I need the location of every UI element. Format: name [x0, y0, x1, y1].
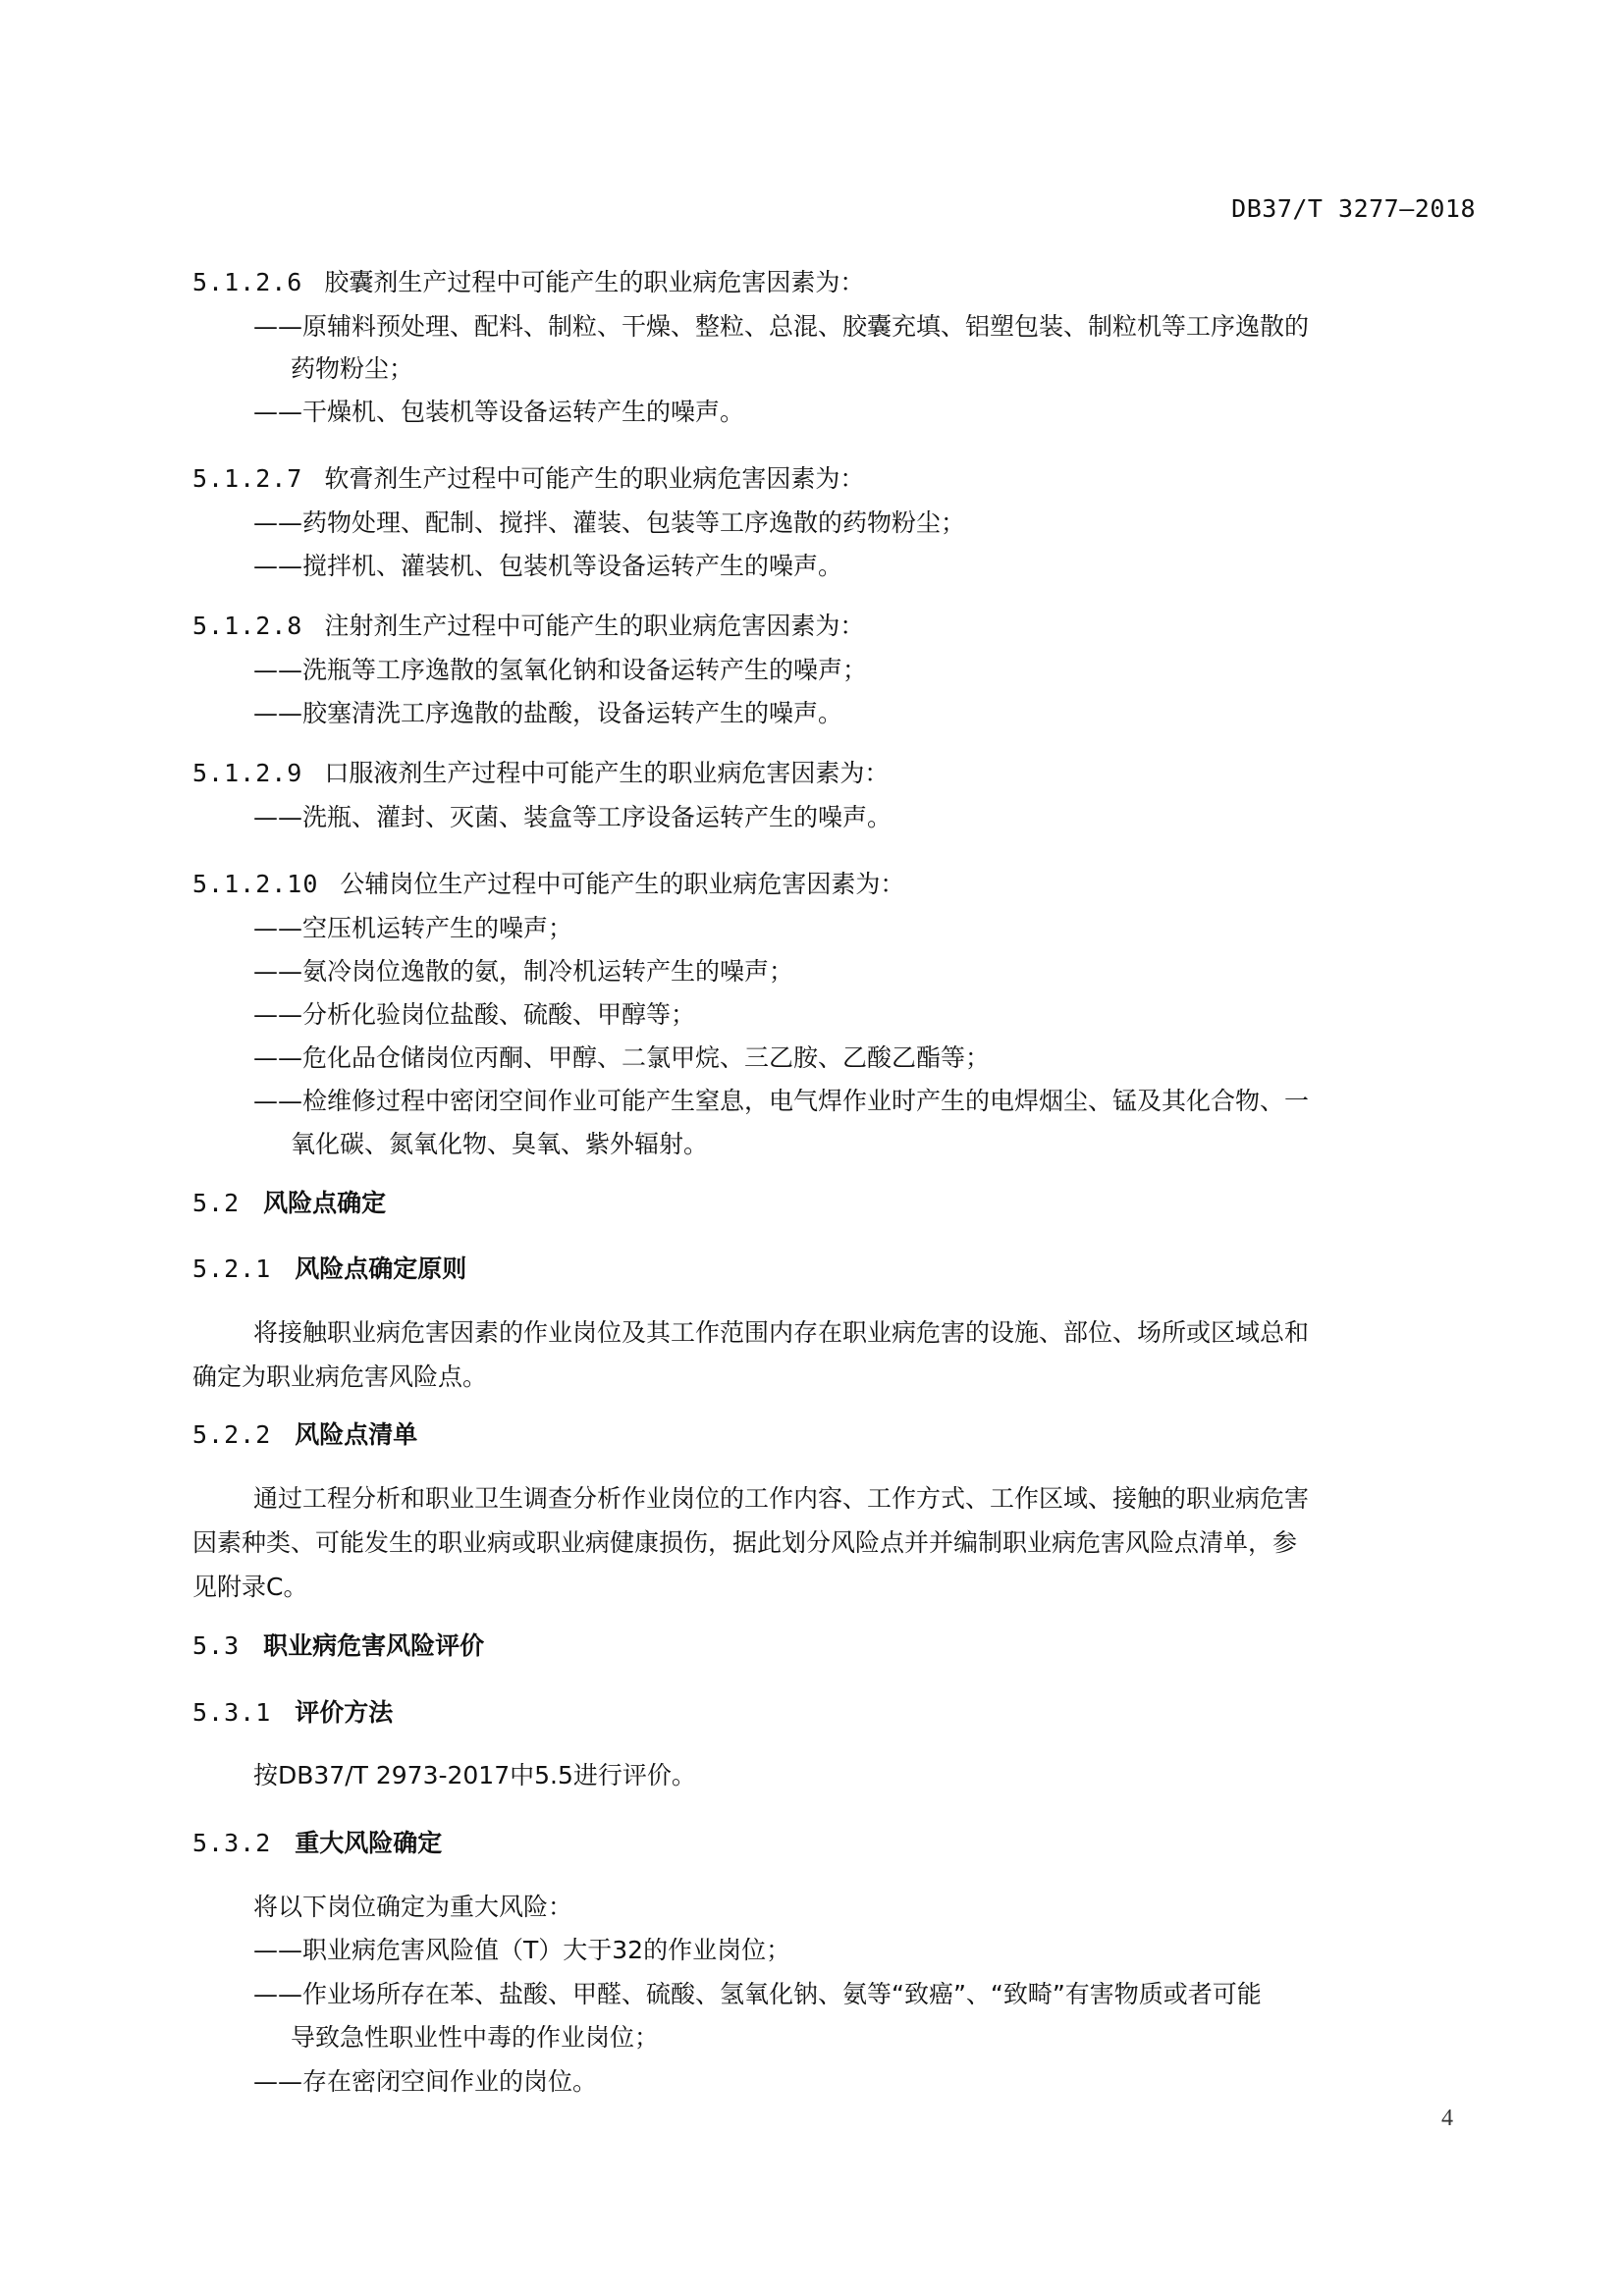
clause-title: 公辅岗位生产过程中可能产生的职业病危害因素为：: [340, 870, 904, 898]
section-number: 5.2: [192, 1187, 240, 1220]
section-title: 风险点确定原则: [295, 1255, 466, 1283]
paragraph: 按DB37/T 2973-2017中5.5进行评价。: [253, 1759, 696, 1792]
section-number: 5.3.1: [192, 1696, 271, 1730]
section-heading-5-3-2: 5.3.2重大风险确定: [192, 1827, 442, 1860]
paragraph: 将以下岗位确定为重大风险：: [253, 1891, 572, 1924]
clause-title: 注射剂生产过程中可能产生的职业病危害因素为：: [324, 612, 864, 640]
clause-5-1-2-6: 5.1.2.6胶囊剂生产过程中可能产生的职业病危害因素为：: [192, 266, 864, 299]
list-item: ——胶塞清洗工序逸散的盐酸，设备运转产生的噪声。: [253, 697, 842, 730]
list-item: ——氨冷岗位逸散的氨，制冷机运转产生的噪声；: [253, 955, 793, 988]
clause-5-1-2-9: 5.1.2.9口服液剂生产过程中可能产生的职业病危害因素为：: [192, 757, 889, 790]
clause-number: 5.1.2.9: [192, 757, 302, 790]
list-item: ——干燥机、包装机等设备运转产生的噪声。: [253, 396, 744, 429]
section-title: 重大风险确定: [295, 1829, 442, 1857]
section-number: 5.3.2: [192, 1827, 271, 1860]
clause-title: 软膏剂生产过程中可能产生的职业病危害因素为：: [324, 464, 864, 493]
section-title: 评价方法: [295, 1698, 393, 1727]
list-item: ——空压机运转产生的噪声；: [253, 912, 572, 945]
clause-number: 5.1.2.8: [192, 610, 302, 643]
clause-5-1-2-7: 5.1.2.7软膏剂生产过程中可能产生的职业病危害因素为：: [192, 462, 864, 496]
list-item: ——搅拌机、灌装机、包装机等设备运转产生的噪声。: [253, 550, 842, 583]
list-item: ——洗瓶、灌封、灭菌、装盒等工序设备运转产生的噪声。: [253, 801, 892, 834]
section-heading-5-3-1: 5.3.1评价方法: [192, 1696, 393, 1730]
clause-5-1-2-8: 5.1.2.8注射剂生产过程中可能产生的职业病危害因素为：: [192, 610, 864, 643]
list-item-continuation: 药物粉尘；: [291, 352, 413, 386]
section-number: 5.3: [192, 1629, 240, 1663]
section-heading-5-2-1: 5.2.1风险点确定原则: [192, 1253, 466, 1286]
paragraph-continuation: 确定为职业病危害风险点。: [192, 1361, 487, 1394]
section-title: 职业病危害风险评价: [263, 1631, 484, 1660]
list-item: ——危化品仓储岗位丙酮、甲醇、二氯甲烷、三乙胺、乙酸乙酯等；: [253, 1041, 990, 1075]
list-item: ——洗瓶等工序逸散的氢氧化钠和设备运转产生的噪声；: [253, 654, 867, 687]
paragraph-continuation: 因素种类、可能发生的职业病或职业病健康损伤，据此划分风险点并并编制职业病危害风险…: [192, 1526, 1297, 1560]
section-title: 风险点确定: [263, 1189, 386, 1217]
list-item: ——作业场所存在苯、盐酸、甲醛、硫酸、氢氧化钠、氨等“致癌”、“致畸”有害物质或…: [253, 1978, 1262, 2011]
list-item: ——分析化验岗位盐酸、硫酸、甲醇等；: [253, 998, 695, 1032]
clause-number: 5.1.2.7: [192, 462, 302, 496]
list-item: ——药物处理、配制、搅拌、灌装、包装等工序逸散的药物粉尘；: [253, 507, 965, 540]
clause-title: 胶囊剂生产过程中可能产生的职业病危害因素为：: [324, 268, 864, 296]
section-number: 5.2.2: [192, 1418, 271, 1452]
list-item-continuation: 导致急性职业性中毒的作业岗位；: [291, 2021, 659, 2055]
page-number: 4: [1441, 2106, 1453, 2132]
section-heading-5-3: 5.3职业病危害风险评价: [192, 1629, 484, 1663]
list-item: ——原辅料预处理、配料、制粒、干燥、整粒、总混、胶囊充填、铝塑包装、制粒机等工序…: [253, 310, 1309, 344]
list-item: ——职业病危害风险值（T）大于32的作业岗位；: [253, 1934, 790, 1967]
paragraph: 通过工程分析和职业卫生调查分析作业岗位的工作内容、工作方式、工作区域、接触的职业…: [253, 1482, 1309, 1516]
section-number: 5.2.1: [192, 1253, 271, 1286]
paragraph: 将接触职业病危害因素的作业岗位及其工作范围内存在职业病危害的设施、部位、场所或区…: [253, 1316, 1309, 1350]
list-item: ——检维修过程中密闭空间作业可能产生窒息，电气焊作业时产生的电焊烟尘、锰及其化合…: [253, 1085, 1309, 1118]
paragraph-continuation: 见附录C。: [192, 1571, 307, 1604]
document-id-header: DB37/T 3277—2018: [1231, 194, 1476, 223]
section-title: 风险点清单: [295, 1420, 417, 1449]
clause-number: 5.1.2.10: [192, 868, 318, 901]
clause-title: 口服液剂生产过程中可能产生的职业病危害因素为：: [324, 759, 889, 787]
list-item-continuation: 氧化碳、氮氧化物、臭氧、紫外辐射。: [291, 1128, 708, 1161]
clause-5-1-2-10: 5.1.2.10公辅岗位生产过程中可能产生的职业病危害因素为：: [192, 868, 904, 901]
section-heading-5-2: 5.2风险点确定: [192, 1187, 386, 1220]
section-heading-5-2-2: 5.2.2风险点清单: [192, 1418, 417, 1452]
list-item: ——存在密闭空间作业的岗位。: [253, 2065, 597, 2099]
clause-number: 5.1.2.6: [192, 266, 302, 299]
